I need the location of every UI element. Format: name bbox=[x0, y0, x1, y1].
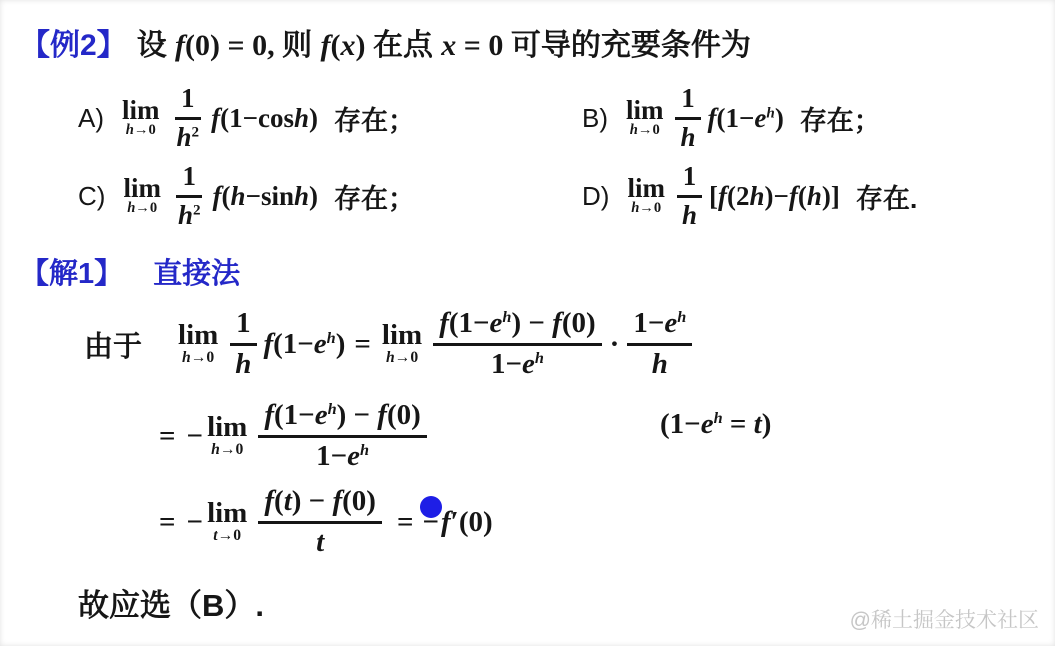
limit-operator: lim t→0 bbox=[207, 500, 247, 543]
equals-sign: = bbox=[397, 506, 414, 539]
lecture-slide: 【例2】 设 f(0) = 0, 则 f(x) 在点 x = 0 可导的充要条件… bbox=[0, 0, 1055, 646]
option-b-label: B) bbox=[582, 103, 608, 134]
fraction: 1−eh h bbox=[627, 308, 692, 380]
derivation-line-3: = − lim t→0 f(t) − f(0) t = − f′(0) bbox=[150, 478, 493, 566]
minus-sign: − bbox=[187, 506, 204, 539]
option-d-label: D) bbox=[582, 181, 609, 212]
equals-sign: = bbox=[159, 506, 176, 539]
fraction: 1 h2 bbox=[172, 162, 207, 229]
fraction: 1 h2 bbox=[171, 84, 206, 151]
limit-operator: lim h→0 bbox=[123, 176, 161, 216]
difference-quotient-fraction: f(1−eh) − f(0) 1−eh bbox=[258, 400, 426, 472]
fraction: 1 h bbox=[676, 162, 703, 229]
watermark: @稀土掘金技术社区 bbox=[850, 604, 1039, 634]
equals-sign: = bbox=[354, 328, 371, 361]
limit-operator: lim h→0 bbox=[627, 176, 665, 216]
fraction: 1 h bbox=[675, 84, 702, 151]
fraction: 1 h bbox=[229, 308, 257, 380]
substitution-note: (1−eh = t) bbox=[660, 408, 771, 441]
option-c-expression: f(h−sinh) bbox=[213, 181, 318, 212]
limit-operator: lim h→0 bbox=[178, 322, 218, 365]
limit-operator: lim h→0 bbox=[626, 98, 664, 138]
option-c: C) lim h→0 1 h2 f(h−sinh) 存在； bbox=[78, 154, 415, 238]
option-b-expression: f(1−eh) bbox=[708, 103, 784, 134]
highlight-dot-icon bbox=[420, 496, 442, 518]
option-a: A) lim h→0 1 h2 f(1−cosh) 存在； bbox=[78, 76, 415, 160]
option-a-suffix: 存在； bbox=[334, 99, 415, 138]
derivation-line-2: = − lim h→0 f(1−eh) − f(0) 1−eh bbox=[150, 392, 433, 480]
derivative-result: f′(0) bbox=[441, 506, 493, 539]
expression: f(1−eh) bbox=[263, 328, 345, 361]
solution-method: 直接法 bbox=[153, 251, 240, 292]
option-b-suffix: 存在； bbox=[800, 99, 881, 138]
since-label: 由于 bbox=[84, 324, 142, 365]
option-a-expression: f(1−cosh) bbox=[211, 103, 318, 134]
limit-operator: lim h→0 bbox=[122, 98, 160, 138]
minus-sign: − bbox=[187, 420, 204, 453]
limit-operator: lim h→0 bbox=[207, 414, 247, 457]
conclusion: 故应选（B）. bbox=[78, 580, 264, 625]
option-d-suffix: 存在. bbox=[856, 177, 918, 216]
example-header: 【例2】 设 f(0) = 0, 则 f(x) 在点 x = 0 可导的充要条件… bbox=[20, 20, 751, 64]
conclusion-text: 故应选（B）. bbox=[78, 580, 264, 625]
equals-sign: = bbox=[159, 420, 176, 453]
solution-header: 【解1】 直接法 bbox=[20, 251, 240, 292]
option-c-suffix: 存在； bbox=[334, 177, 415, 216]
option-a-label: A) bbox=[78, 103, 104, 134]
option-b: B) lim h→0 1 h f(1−eh) 存在； bbox=[582, 76, 881, 160]
option-d-expression: [f(2h)−f(h)] bbox=[709, 181, 840, 212]
difference-quotient-fraction: f(t) − f(0) t bbox=[258, 486, 382, 558]
limit-operator: lim h→0 bbox=[382, 322, 422, 365]
option-d: D) lim h→0 1 h [f(2h)−f(h)] 存在. bbox=[582, 154, 917, 238]
solution-tag: 【解1】 bbox=[20, 251, 123, 292]
example-tag: 【例2】 bbox=[20, 20, 127, 64]
multiplication-dot: · bbox=[610, 328, 620, 361]
difference-quotient-fraction: f(1−eh) − f(0) 1−eh bbox=[433, 308, 601, 380]
example-statement: 设 f(0) = 0, 则 f(x) 在点 x = 0 可导的充要条件为 bbox=[137, 20, 751, 64]
derivation-line-1: 由于 lim h→0 1 h f(1−eh) = lim h→0 f(1−eh)… bbox=[84, 296, 698, 392]
option-c-label: C) bbox=[78, 181, 105, 212]
